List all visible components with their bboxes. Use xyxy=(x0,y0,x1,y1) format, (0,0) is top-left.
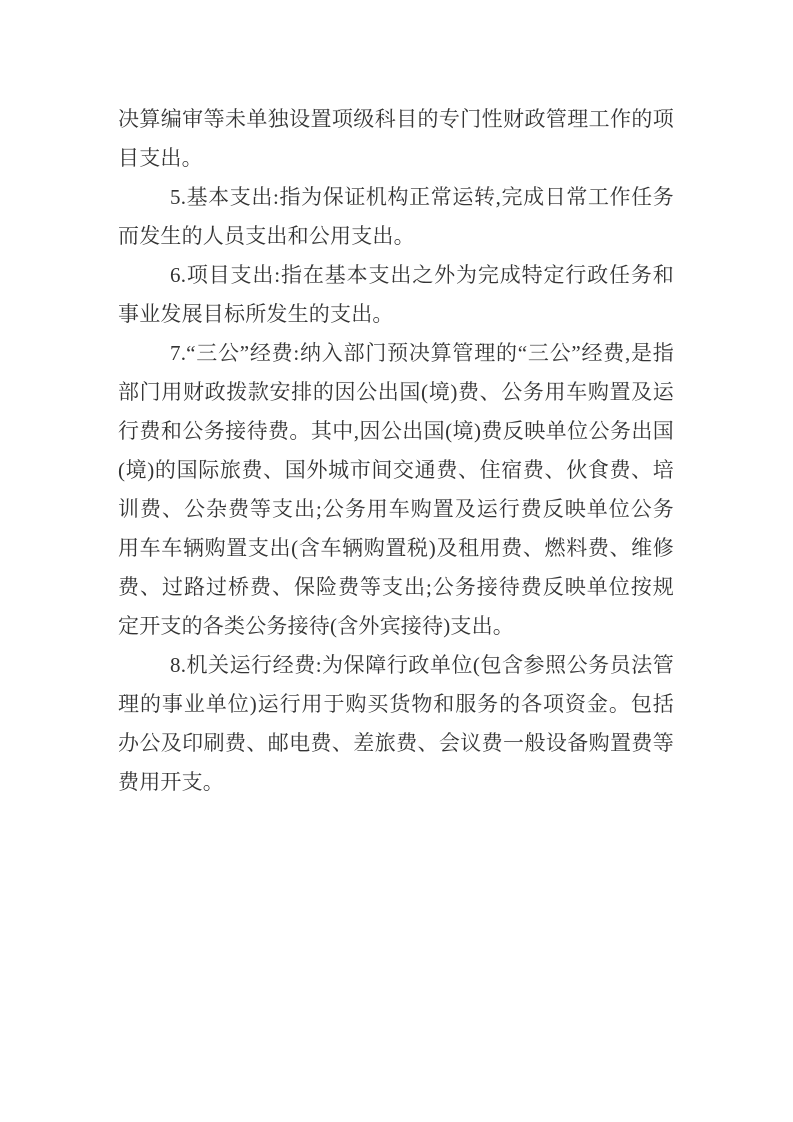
paragraph-item-8-agency-operating-funds: 8.机关运行经费:为保障行政单位(包含参照公务员法管理的事业单位)运行用于购买货… xyxy=(118,646,674,802)
paragraph-item-6-project-expenditure: 6.项目支出:指在基本支出之外为完成特定行政任务和事业发展目标所发生的支出。 xyxy=(118,256,674,334)
document-page: 决算编审等未单独设置项级科目的专门性财政管理工作的项目支出。 5.基本支出:指为… xyxy=(0,0,793,1122)
paragraph-item-5-basic-expenditure: 5.基本支出:指为保证机构正常运转,完成日常工作任务而发生的人员支出和公用支出。 xyxy=(118,178,674,256)
paragraph-continuation: 决算编审等未单独设置项级科目的专门性财政管理工作的项目支出。 xyxy=(118,100,674,178)
document-text-block: 决算编审等未单独设置项级科目的专门性财政管理工作的项目支出。 5.基本支出:指为… xyxy=(118,100,674,802)
paragraph-item-7-three-public-funds: 7.“三公”经费:纳入部门预决算管理的“三公”经费,是指部门用财政拨款安排的因公… xyxy=(118,334,674,646)
